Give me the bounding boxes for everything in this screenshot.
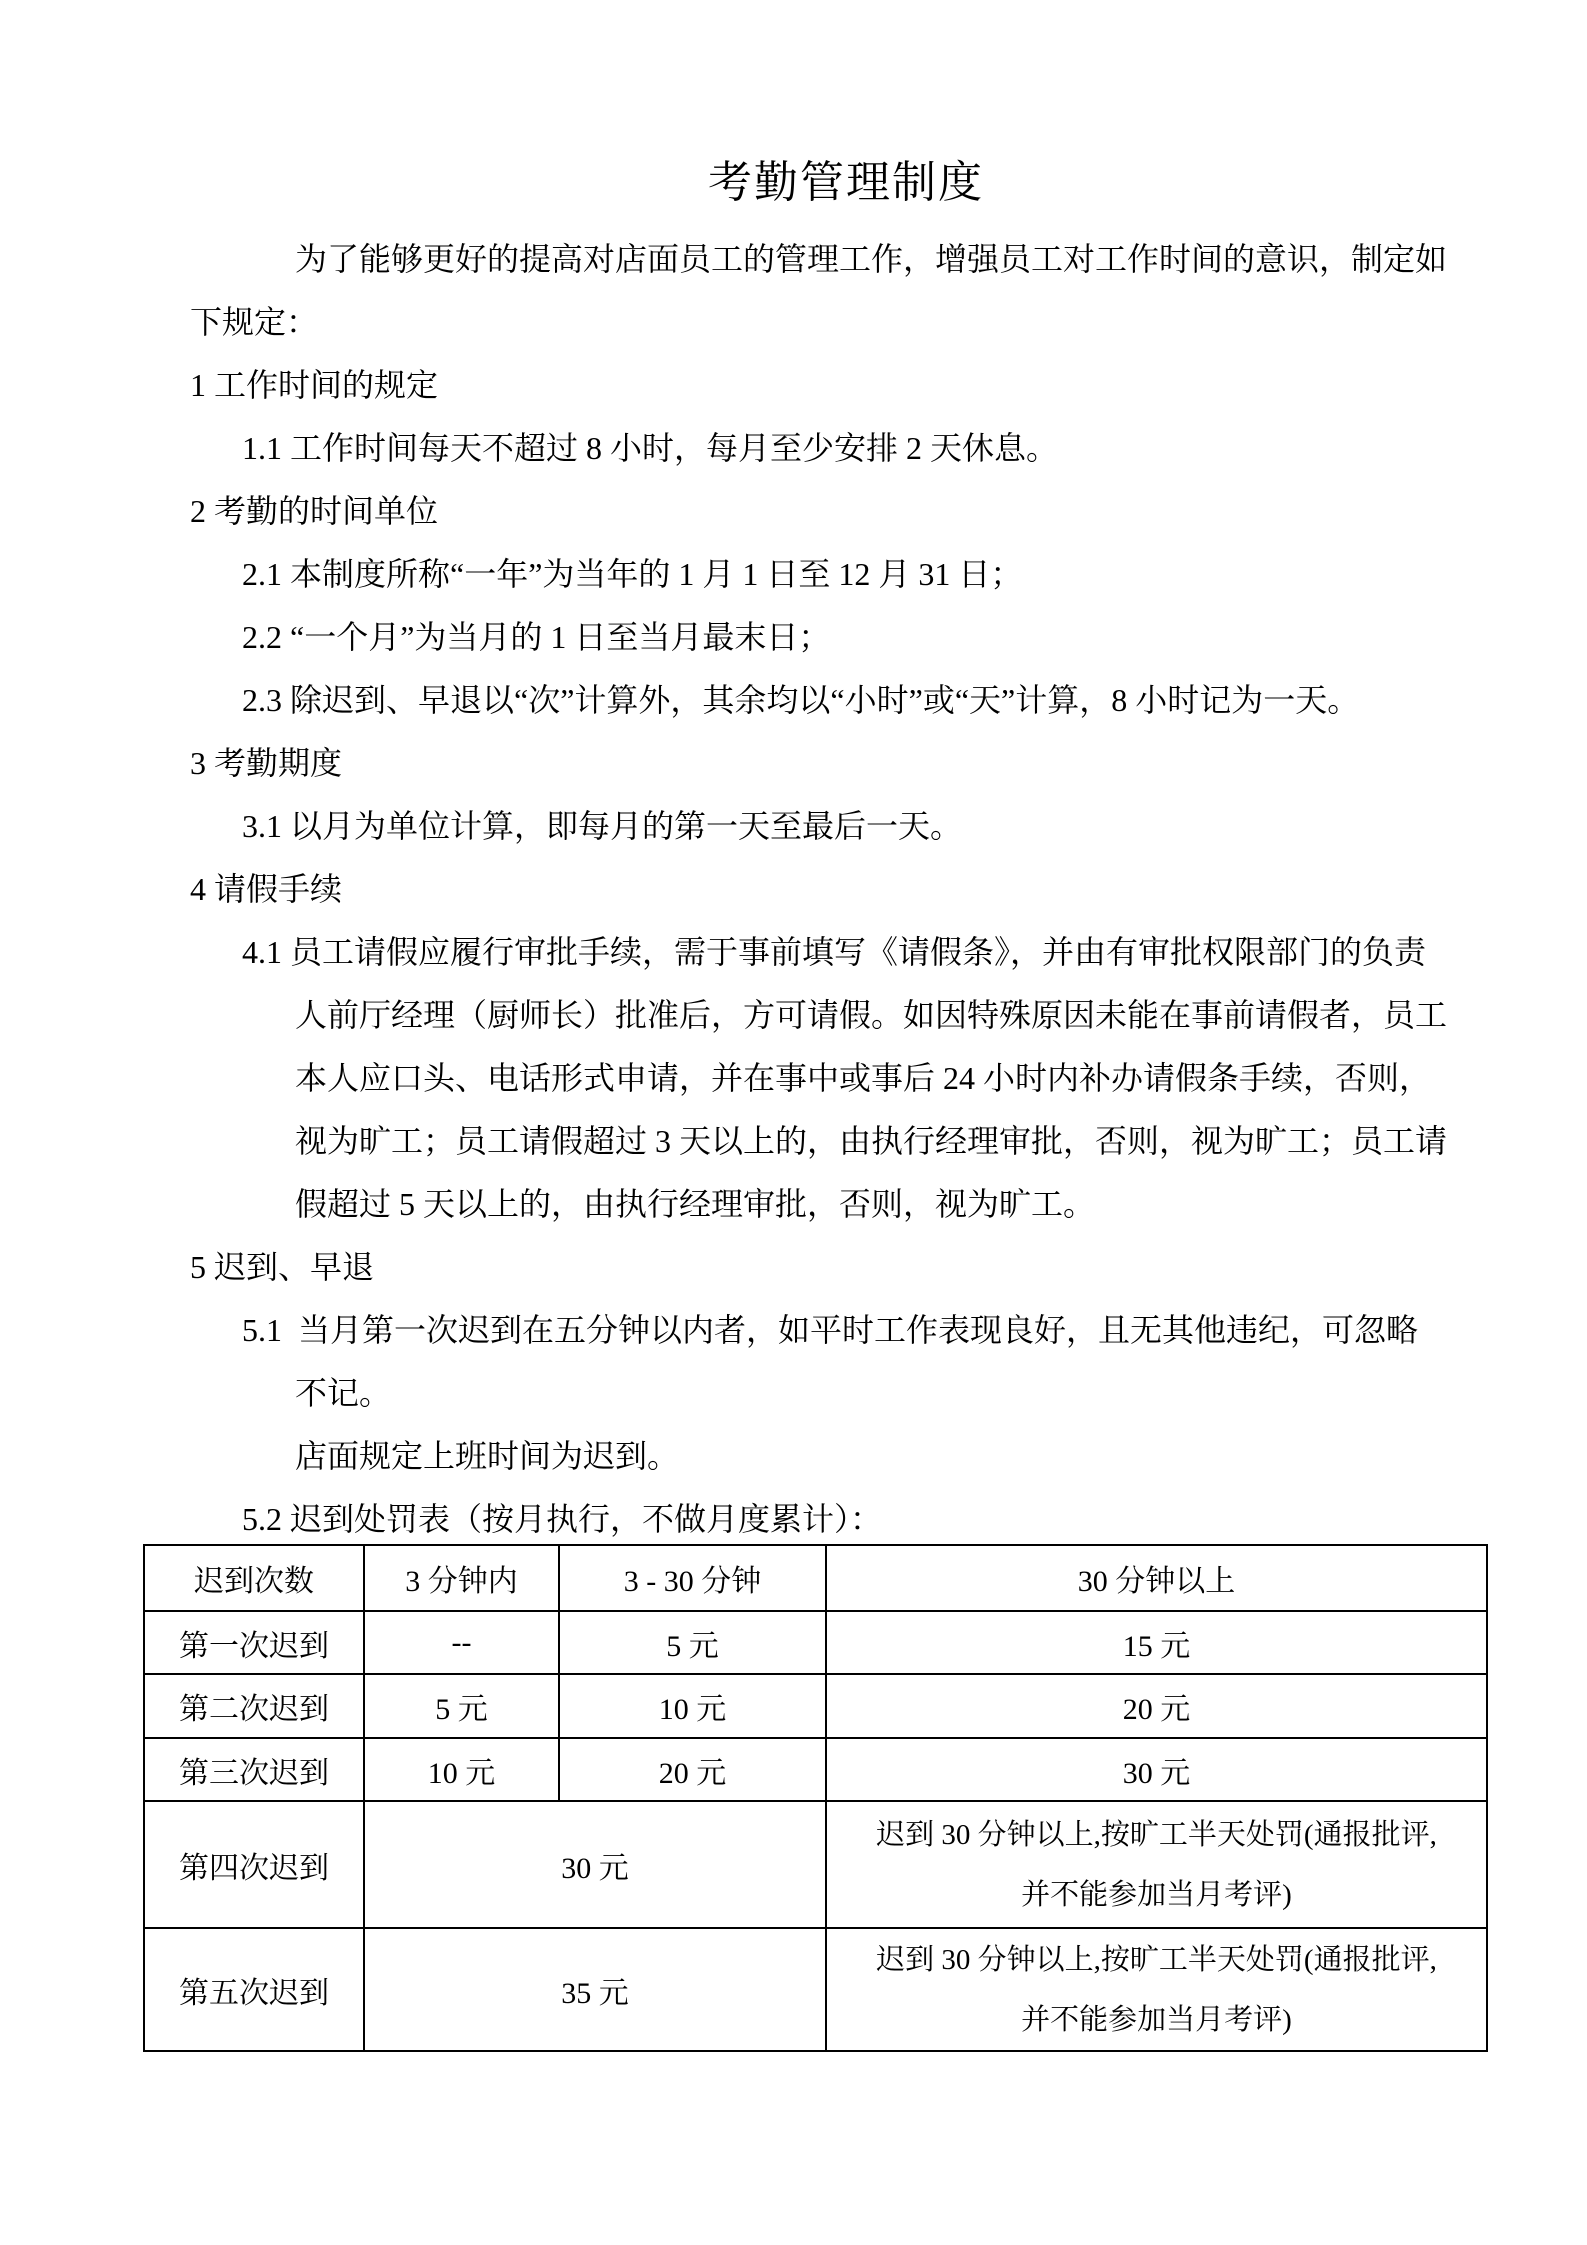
- row-label: 第一次迟到: [144, 1611, 364, 1674]
- table-row: 第四次迟到 30 元 迟到 30 分钟以上,按旷工半天处罚(通报批评, 并不能参…: [144, 1801, 1487, 1928]
- doc-line: 2.3 除迟到、早退以“次”计算外，其余均以“小时”或“天”计算，8 小时记为一…: [190, 669, 1527, 732]
- penalty-table: 迟到次数 3 分钟内 3 - 30 分钟 30 分钟以上 第一次迟到 -- 5 …: [143, 1544, 1488, 2052]
- note-line: 并不能参加当月考评): [827, 1990, 1486, 2050]
- header-cell: 迟到次数: [144, 1545, 364, 1611]
- cell: 15 元: [826, 1611, 1487, 1674]
- note-line: 并不能参加当月考评): [827, 1865, 1486, 1925]
- doc-line: 店面规定上班时间为迟到。: [190, 1425, 1527, 1488]
- doc-line: 不记。: [190, 1362, 1527, 1425]
- doc-line: 2 考勤的时间单位: [190, 480, 1527, 543]
- table-row: 第三次迟到 10 元 20 元 30 元: [144, 1738, 1487, 1801]
- table-row: 第二次迟到 5 元 10 元 20 元: [144, 1674, 1487, 1738]
- row-label: 第五次迟到: [144, 1928, 364, 2051]
- cell: 5 元: [559, 1611, 826, 1674]
- cell: 10 元: [364, 1738, 559, 1801]
- doc-line: 4.1 员工请假应履行审批手续，需于事前填写《请假条》，并由有审批权限部门的负责: [190, 921, 1527, 984]
- table-row: 第一次迟到 -- 5 元 15 元: [144, 1611, 1487, 1674]
- cell: 30 元: [826, 1738, 1487, 1801]
- doc-line: 本人应口头、电话形式申请，并在事中或事后 24 小时内补办请假条手续，否则，: [190, 1047, 1527, 1110]
- doc-line: 4 请假手续: [190, 858, 1527, 921]
- doc-line: 人前厅经理（厨师长）批准后，方可请假。如因特殊原因未能在事前请假者，员工: [190, 984, 1527, 1047]
- header-cell: 3 - 30 分钟: [559, 1545, 826, 1611]
- cell-merged: 35 元: [364, 1928, 826, 2051]
- doc-line: 1.1 工作时间每天不超过 8 小时，每月至少安排 2 天休息。: [190, 417, 1527, 480]
- doc-line: 2.2 “一个月”为当月的 1 日至当月最末日；: [190, 606, 1527, 669]
- note-line: 迟到 30 分钟以上,按旷工半天处罚(通报批评,: [827, 1930, 1486, 1990]
- header-cell: 30 分钟以上: [826, 1545, 1487, 1611]
- cell-note: 迟到 30 分钟以上,按旷工半天处罚(通报批评, 并不能参加当月考评): [826, 1928, 1487, 2051]
- cell: 20 元: [826, 1674, 1487, 1738]
- document-page: 考勤管理制度 为了能够更好的提高对店面员工的管理工作，增强员工对工作时间的意识，…: [0, 0, 1587, 2245]
- doc-line: 假超过 5 天以上的，由执行经理审批，否则，视为旷工。: [190, 1173, 1527, 1236]
- row-label: 第三次迟到: [144, 1738, 364, 1801]
- cell-merged: 30 元: [364, 1801, 826, 1928]
- doc-line: 视为旷工；员工请假超过 3 天以上的，由执行经理审批，否则，视为旷工；员工请: [190, 1110, 1527, 1173]
- doc-line: 5.2 迟到处罚表（按月执行，不做月度累计）：: [190, 1488, 1527, 1551]
- doc-line: 2.1 本制度所称“一年”为当年的 1 月 1 日至 12 月 31 日；: [190, 543, 1527, 606]
- doc-title: 考勤管理制度: [190, 150, 1502, 216]
- cell-note: 迟到 30 分钟以上,按旷工半天处罚(通报批评, 并不能参加当月考评): [826, 1801, 1487, 1928]
- document-body: 为了能够更好的提高对店面员工的管理工作，增强员工对工作时间的意识，制定如 下规定…: [190, 228, 1527, 1551]
- doc-line: 3 考勤期度: [190, 732, 1527, 795]
- header-cell: 3 分钟内: [364, 1545, 559, 1611]
- cell: --: [364, 1611, 559, 1674]
- table-row: 第五次迟到 35 元 迟到 30 分钟以上,按旷工半天处罚(通报批评, 并不能参…: [144, 1928, 1487, 2051]
- table-header-row: 迟到次数 3 分钟内 3 - 30 分钟 30 分钟以上: [144, 1545, 1487, 1611]
- cell: 10 元: [559, 1674, 826, 1738]
- note-line: 迟到 30 分钟以上,按旷工半天处罚(通报批评,: [827, 1805, 1486, 1865]
- doc-line: 下规定：: [190, 291, 1527, 354]
- row-label: 第二次迟到: [144, 1674, 364, 1738]
- cell: 5 元: [364, 1674, 559, 1738]
- doc-line: 1 工作时间的规定: [190, 354, 1527, 417]
- doc-line: 3.1 以月为单位计算，即每月的第一天至最后一天。: [190, 795, 1527, 858]
- cell: 20 元: [559, 1738, 826, 1801]
- row-label: 第四次迟到: [144, 1801, 364, 1928]
- doc-line: 5 迟到、早退: [190, 1236, 1527, 1299]
- doc-line: 5.1 当月第一次迟到在五分钟以内者，如平时工作表现良好，且无其他违纪，可忽略: [190, 1299, 1527, 1362]
- doc-line: 为了能够更好的提高对店面员工的管理工作，增强员工对工作时间的意识，制定如: [190, 228, 1527, 291]
